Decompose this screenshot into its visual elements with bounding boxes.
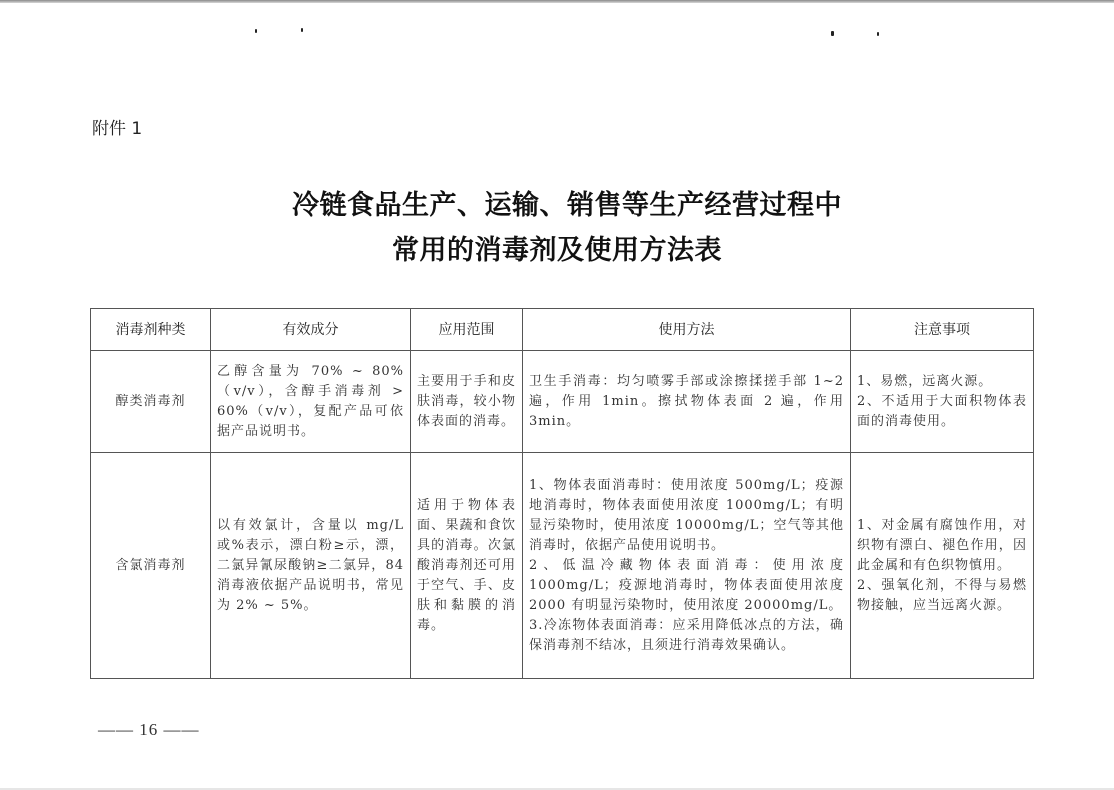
table-row: 含氯消毒剂 以有效氯计，含量以 mg/L 或%表示，漂白粉≥示，漂，二氯异氰尿酸… — [91, 453, 1034, 679]
cell-method: 卫生手消毒：均匀喷雾手部或涂擦揉搓手部 1~2 遍，作用 1min。擦拭物体表面… — [523, 351, 851, 453]
method-item: 3.冷冻物体表面消毒：应采用降低冰点的方法，确保消毒剂不结冰，且须进行消毒效果确… — [529, 616, 844, 656]
table-header-row: 消毒剂种类 有效成分 应用范围 使用方法 注意事项 — [91, 309, 1034, 351]
method-item: 2、低温冷藏物体表面消毒：使用浓度 1000mg/L；疫源地消毒时，物体表面使用… — [529, 556, 844, 616]
column-header-method: 使用方法 — [523, 309, 851, 351]
cell-type: 醇类消毒剂 — [91, 351, 211, 453]
scan-speck — [877, 32, 879, 36]
cell-type: 含氯消毒剂 — [91, 453, 211, 679]
page-number: —— 16 —— — [98, 720, 200, 740]
table-row: 醇类消毒剂 乙醇含量为 70% ~ 80%（v/v），含醇手消毒剂 > 60%（… — [91, 351, 1034, 453]
cell-notes: 1、对金属有腐蚀作用，对织物有漂白、褪色作用，因此金属和有色织物慎用。 2、强氧… — [851, 453, 1034, 679]
cell-method: 1、物体表面消毒时：使用浓度 500mg/L；疫源地消毒时，物体表面使用浓度 1… — [523, 453, 851, 679]
disinfectant-table: 消毒剂种类 有效成分 应用范围 使用方法 注意事项 醇类消毒剂 乙醇含量为 70… — [90, 308, 1034, 679]
note-item: 2、强氧化剂，不得与易燃物接触，应当远离火源。 — [857, 576, 1027, 616]
scan-speck — [255, 29, 257, 33]
cell-ingredients: 以有效氯计，含量以 mg/L 或%表示，漂白粉≥示，漂，二氯异氰尿酸钠≥二氯异，… — [211, 453, 411, 679]
scan-speck — [301, 28, 303, 32]
attachment-label: 附件 1 — [92, 114, 142, 139]
cell-scope: 适用于物体表面、果蔬和食饮具的消毒。次氯酸消毒剂还可用于空气、手、皮肤和黏膜的消… — [411, 453, 523, 679]
column-header-scope: 应用范围 — [411, 309, 523, 351]
cell-ingredients: 乙醇含量为 70% ~ 80%（v/v），含醇手消毒剂 > 60%（v/v），复… — [211, 351, 411, 453]
note-item: 2、不适用于大面积物体表面的消毒使用。 — [857, 392, 1027, 432]
document-title-line-2: 常用的消毒剂及使用方法表 — [0, 228, 1114, 267]
note-item: 1、对金属有腐蚀作用，对织物有漂白、褪色作用，因此金属和有色织物慎用。 — [857, 516, 1027, 576]
document-title-line-1: 冷链食品生产、运输、销售等生产经营过程中 — [10, 183, 1114, 222]
method-item: 卫生手消毒：均匀喷雾手部或涂擦揉搓手部 1~2 遍，作用 1min。擦拭物体表面… — [529, 372, 844, 432]
cell-scope: 主要用于手和皮肤消毒，较小物体表面的消毒。 — [411, 351, 523, 453]
column-header-type: 消毒剂种类 — [91, 309, 211, 351]
method-item: 1、物体表面消毒时：使用浓度 500mg/L；疫源地消毒时，物体表面使用浓度 1… — [529, 476, 844, 556]
scan-speck — [831, 31, 834, 36]
cell-notes: 1、易燃，远离火源。 2、不适用于大面积物体表面的消毒使用。 — [851, 351, 1034, 453]
column-header-notes: 注意事项 — [851, 309, 1034, 351]
note-item: 1、易燃，远离火源。 — [857, 372, 1027, 392]
column-header-ingredients: 有效成分 — [211, 309, 411, 351]
scan-top-edge — [0, 0, 1114, 3]
